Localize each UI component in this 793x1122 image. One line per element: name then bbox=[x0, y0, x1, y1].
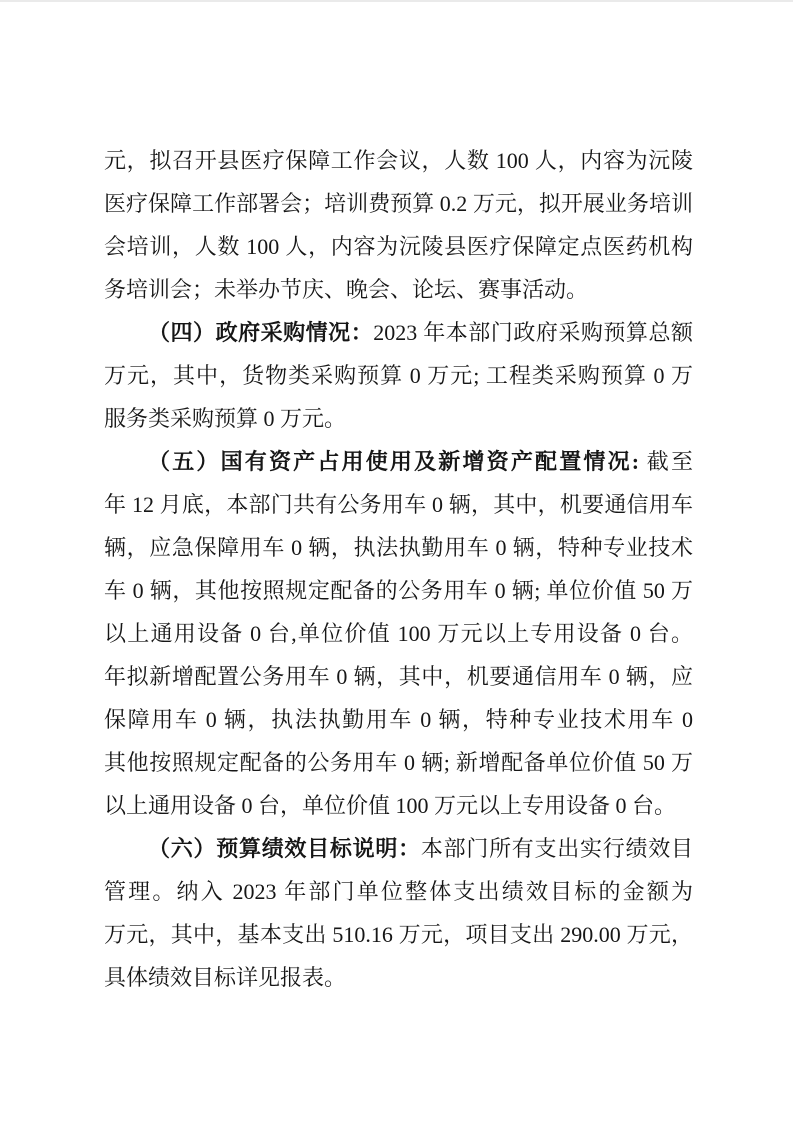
paragraph-section-4-government-procurement: （四）政府采购情况：2023 年本部门政府采购预算总额 0 万元，其中，货物类采… bbox=[104, 311, 693, 440]
section-heading: （四）政府采购情况： bbox=[148, 320, 373, 345]
paragraph-section-6-performance-target: （六）预算绩效目标说明：本部门所有支出实行绩效目标 管理。纳入 2023 年部门… bbox=[104, 827, 693, 999]
text-line: （四）政府采购情况：2023 年本部门政府采购预算总额 0 bbox=[104, 311, 693, 354]
text-line: 年 12 月底，本部门共有公务用车 0 辆，其中，机要通信用车 0 bbox=[104, 483, 693, 526]
paragraph-section-5-state-owned-assets: （五）国有资产占用使用及新增资产配置情况: 截至 2022 年 12 月底，本部… bbox=[104, 440, 693, 827]
section-heading: （六）预算绩效目标说明： bbox=[148, 836, 421, 861]
text-line: 具体绩效目标详见报表。 bbox=[104, 956, 693, 999]
page-top-edge bbox=[0, 0, 793, 2]
text-line: 年拟新增配置公务用车 0 辆，其中，机要通信用车 0 辆，应急 bbox=[104, 655, 693, 698]
paragraph-continuation: 元，拟召开县医疗保障工作会议，人数 100 人，内容为沅陵县 医疗保障工作部署会… bbox=[104, 139, 693, 311]
text-line: 以上通用设备 0 台,单位价值 100 万元以上专用设备 0 台。2023 bbox=[104, 612, 693, 655]
text-line: 万元，其中，货物类采购预算 0 万元; 工程类采购预算 0 万元; bbox=[104, 354, 693, 397]
text-line: 服务类采购预算 0 万元。 bbox=[104, 397, 693, 440]
document-page: 元，拟召开县医疗保障工作会议，人数 100 人，内容为沅陵县 医疗保障工作部署会… bbox=[0, 0, 793, 1122]
text-line: 其他按照规定配备的公务用车 0 辆; 新增配备单位价值 50 万元 bbox=[104, 741, 693, 784]
text-line: （五）国有资产占用使用及新增资产配置情况: 截至 2022 bbox=[104, 440, 693, 483]
text-line: 万元，其中，基本支出 510.16 万元，项目支出 290.00 万元， bbox=[104, 913, 693, 956]
text-line: 务培训会；未举办节庆、晚会、论坛、赛事活动。 bbox=[104, 268, 693, 311]
text-line: 会培训，人数 100 人，内容为沅陵县医疗保障定点医药机构业 bbox=[104, 225, 693, 268]
text-line: 医疗保障工作部署会；培训费预算 0.2 万元，拟开展业务培训 bbox=[104, 182, 693, 225]
text-line: 管理。纳入 2023 年部门单位整体支出绩效目标的金额为 800.16 bbox=[104, 870, 693, 913]
text-line: 车 0 辆，其他按照规定配备的公务用车 0 辆; 单位价值 50 万元 bbox=[104, 569, 693, 612]
text-line: 辆，应急保障用车 0 辆，执法执勤用车 0 辆，特种专业技术用 bbox=[104, 526, 693, 569]
text-line: （六）预算绩效目标说明：本部门所有支出实行绩效目标 bbox=[104, 827, 693, 870]
text-line: 保障用车 0 辆，执法执勤用车 0 辆，特种专业技术用车 0 辆， bbox=[104, 698, 693, 741]
text-line: 元，拟召开县医疗保障工作会议，人数 100 人，内容为沅陵县 bbox=[104, 139, 693, 182]
section-heading: （五）国有资产占用使用及新增资产配置情况: bbox=[148, 449, 639, 474]
text-line: 以上通用设备 0 台，单位价值 100 万元以上专用设备 0 台。 bbox=[104, 784, 693, 827]
